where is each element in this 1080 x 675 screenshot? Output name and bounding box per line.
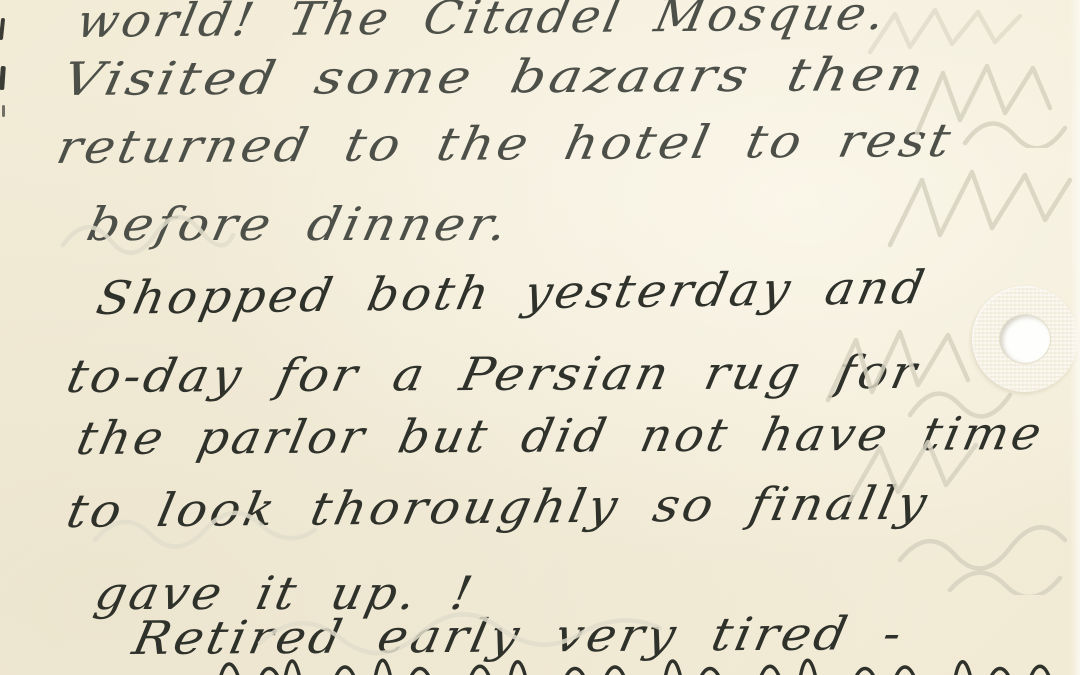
partial-bottom-line: [215, 653, 1075, 675]
page-edge-mark: [0, 66, 6, 90]
handwriting-line: to-day for a Persian rug for: [62, 345, 924, 404]
handwriting-line: Shopped both yesterday and: [92, 260, 932, 326]
handwriting-line: returned to the hotel to rest: [52, 113, 958, 175]
bleedthrough-mark: [840, 430, 1080, 595]
bleedthrough-mark: [905, 48, 1075, 148]
bleedthrough-mark: [880, 150, 1080, 265]
punch-hole: [1000, 315, 1050, 363]
diary-page: world! The Citadel Mosque. Visited some …: [0, 0, 1080, 675]
bleedthrough-mark: [55, 200, 240, 260]
page-right-edge: [1070, 0, 1080, 675]
handwriting-line: Visited some bazaars then: [58, 47, 932, 107]
handwriting-line: world! The Citadel Mosque.: [72, 0, 893, 49]
page-edge-mark: [2, 105, 5, 117]
page-edge-mark: [0, 18, 5, 40]
bleedthrough-mark: [85, 492, 340, 557]
